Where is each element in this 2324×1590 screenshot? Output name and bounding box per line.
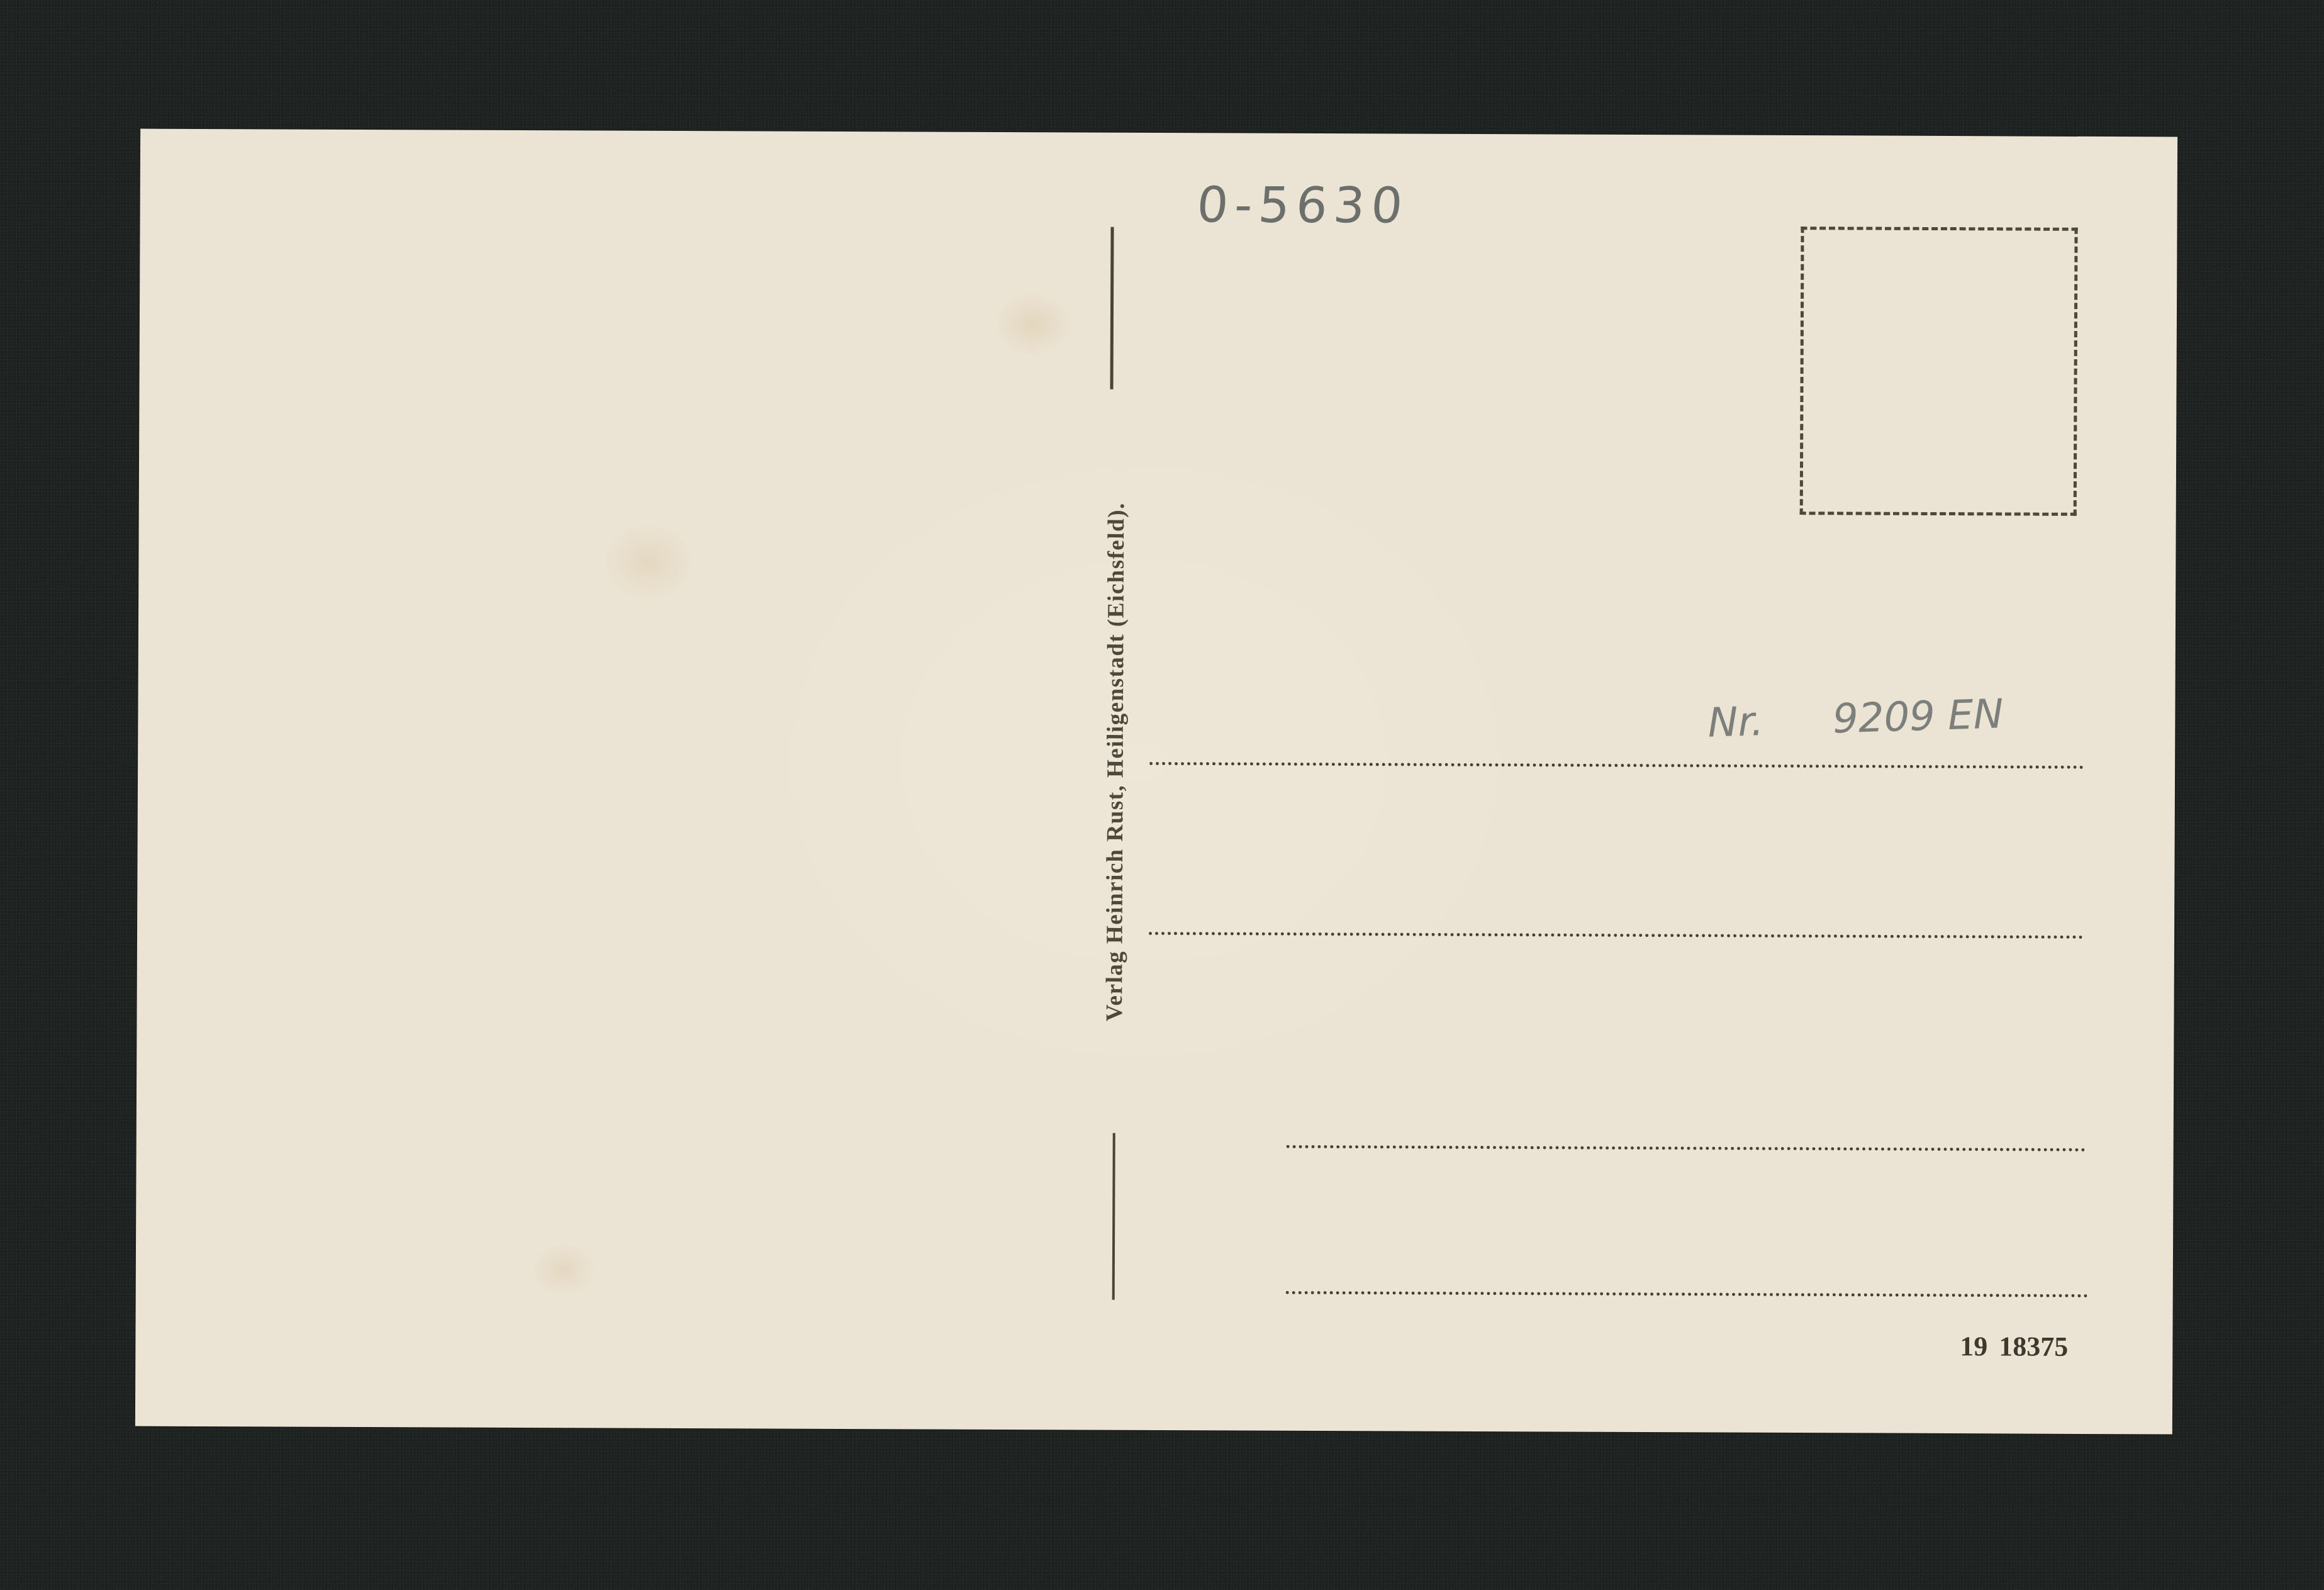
publisher-imprint: Verlag Heinrich Rust, Heiligenstadt (Eic…: [1101, 502, 1130, 1021]
inventory-value: 9209 EN: [1832, 691, 2004, 742]
postcard-back: 0-5630 Verlag Heinrich Rust, Heiligensta…: [135, 129, 2177, 1435]
address-line-3: [1287, 1145, 2086, 1151]
inventory-label: Nr.: [1707, 698, 1764, 747]
address-line-1: [1149, 762, 2084, 769]
print-code-prefix: 19: [1960, 1331, 1987, 1362]
handwritten-inventory-note: Nr.9209 EN: [1707, 691, 2004, 746]
center-divider-bottom: [1112, 1133, 1115, 1300]
address-line-4: [1286, 1291, 2088, 1297]
center-divider-top: [1110, 227, 1114, 389]
address-line-2: [1149, 932, 2083, 939]
handwritten-catalog-number: 0-5630: [1195, 177, 1411, 234]
print-code: 1918375: [1960, 1330, 2068, 1363]
stamp-placeholder-box: [1800, 227, 2078, 516]
print-code-number: 18375: [1999, 1331, 2068, 1362]
